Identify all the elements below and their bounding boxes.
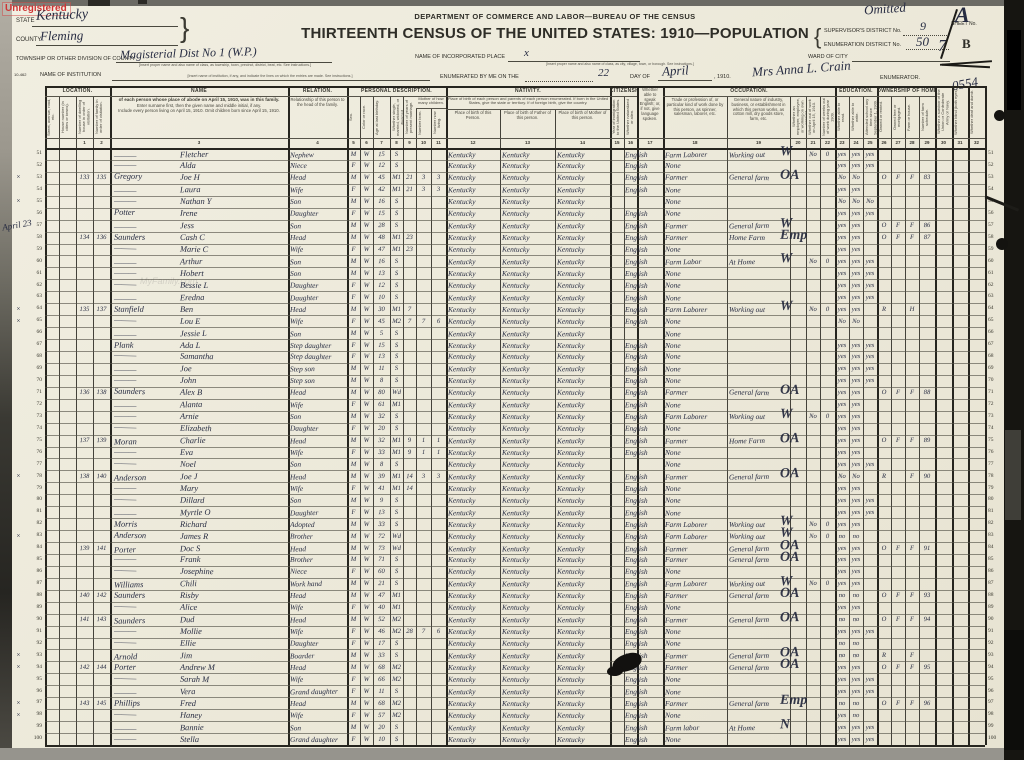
cell-can-read: yes: [835, 399, 849, 411]
given-name: Lou E: [180, 316, 200, 325]
cell-trade: None: [663, 483, 729, 495]
cell-age: 60: [373, 566, 390, 578]
surname: Morris: [114, 518, 180, 529]
cell-relation: Daughter: [288, 506, 349, 519]
cell-color-race: W: [360, 316, 373, 328]
line-number-left: 99: [24, 723, 42, 732]
cell-mother-birthplace: Kentucky: [555, 470, 612, 483]
cell-mother-birthplace: Kentucky: [555, 698, 612, 710]
column-border: [877, 86, 879, 745]
cell-color-race: W: [360, 292, 373, 304]
ditto-dash: ———: [114, 708, 180, 720]
name-head-line: Include every person living on April 15,…: [112, 108, 286, 113]
column-border: [59, 96, 60, 745]
ditto-dash: ———: [114, 278, 180, 290]
cell-farm-or-house: F: [905, 387, 919, 399]
column-border: [891, 96, 892, 745]
cell-speaks-english: English: [623, 506, 667, 519]
cell-marital-status: M1: [390, 184, 403, 196]
cell-speaks-english: English: [623, 614, 667, 627]
cell-color-race: W: [360, 638, 373, 650]
line-number-right: 66: [988, 329, 1004, 338]
given-name: Jim: [180, 651, 192, 660]
cell-attended-school: yes: [863, 674, 877, 686]
group-label-name: NAME: [110, 87, 288, 96]
line-number-right: 52: [988, 162, 1004, 171]
group-label-citizenship-: CITIZENSHIP.: [610, 87, 637, 96]
column-number-weeks-out-of-work: 22: [820, 140, 835, 148]
cell-speaks-english: English: [623, 674, 667, 687]
cell-can-write: yes: [849, 602, 863, 614]
cell-farm-or-house: F: [905, 590, 919, 602]
cell-trade: None: [663, 243, 729, 256]
cell-can-write: yes: [849, 721, 863, 733]
cell-years-married: 7: [403, 316, 416, 328]
given-name: Sarah M: [180, 675, 209, 684]
cell-speaks-english: English: [623, 363, 667, 376]
cell-can-read: No: [835, 172, 849, 184]
given-name: Elizabeth: [180, 424, 212, 433]
cell-years-married: 28: [403, 626, 416, 638]
cell-birthplace: Kentucky: [446, 411, 502, 423]
cell-can-read: yes: [835, 411, 849, 423]
cell-owned-rented: R: [877, 650, 891, 662]
given-name: Jessie L: [180, 328, 207, 338]
cell-marital-status: S: [390, 721, 403, 733]
cell-color-race: W: [360, 483, 373, 495]
given-name: Richard: [180, 520, 207, 529]
cell-attended-school: yes: [863, 626, 877, 638]
line-number-left: 80: [24, 496, 42, 505]
cell-dwelling-number: 142: [76, 662, 93, 674]
column-border: [968, 86, 970, 745]
line-number-right: 71: [988, 389, 1004, 398]
line-number-right: 93: [988, 652, 1004, 661]
line-number-right: 64: [988, 305, 1004, 314]
line-number-right: 77: [988, 461, 1004, 470]
cell-marital-status: S: [390, 375, 403, 387]
cell-mother-birthplace: Kentucky: [555, 363, 612, 376]
cell-mother-birthplace: Kentucky: [555, 423, 612, 436]
cell-color-race: W: [360, 566, 373, 578]
given-name: James R: [180, 531, 208, 540]
ditto-dash: ———: [114, 493, 180, 505]
cell-can-read: yes: [835, 459, 849, 471]
cell-owned-rented: O: [877, 662, 891, 674]
cell-speaks-english: English: [623, 423, 667, 436]
given-name: Vera: [180, 687, 196, 696]
cell-mother-birthplace: Kentucky: [555, 196, 612, 208]
cell-marital-status: M1: [390, 471, 403, 483]
given-name: Joe J: [180, 472, 198, 481]
cell-employer-status: Emp: [780, 230, 820, 246]
line-number-right: 72: [988, 401, 1004, 410]
cell-owned-rented: O: [877, 590, 891, 602]
margin-x-mark: ×: [16, 711, 24, 721]
cell-color-race: W: [360, 614, 373, 626]
line-number-left: 55: [24, 198, 42, 207]
surname: Anderson: [114, 471, 180, 483]
line-number-right: 89: [988, 604, 1004, 613]
surname: Saunders: [114, 386, 180, 398]
cell-marital-status: S: [390, 578, 403, 590]
line-number-right: 70: [988, 377, 1004, 386]
cell-father-birthplace: Kentucky: [500, 733, 557, 745]
cell-can-write: no: [849, 530, 863, 542]
surname: Potter: [114, 207, 180, 219]
cell-attended-school: yes: [863, 459, 877, 471]
line-number-left: 84: [24, 544, 42, 553]
cell-attended-school: yes: [863, 734, 877, 746]
cell-mother-birthplace: Kentucky: [555, 721, 612, 734]
cell-can-read: yes: [835, 602, 849, 614]
cell-years-married: 14: [403, 471, 416, 483]
column-number-color-race: 6: [360, 140, 373, 148]
cell-mother-birthplace: Kentucky: [555, 411, 612, 423]
line-number-right: 79: [988, 485, 1004, 494]
margin-x-mark: ×: [16, 317, 24, 327]
cell-owned-rented: O: [877, 232, 891, 244]
cell-can-read: yes: [835, 268, 849, 280]
cell-birthplace: Kentucky: [446, 638, 502, 651]
cell-age: 68: [373, 698, 390, 710]
cell-farm-schedule: 94: [919, 614, 935, 626]
given-name: Myrtle O: [180, 507, 211, 517]
cell-name: MorrisRichard: [114, 518, 286, 531]
cell-sex: F: [347, 208, 360, 220]
cell-attended-school: yes: [863, 208, 877, 220]
cell-mother-birthplace: Kentucky: [555, 399, 612, 412]
cell-relation: Niece: [288, 160, 349, 172]
cell-employer-status: N: [780, 719, 820, 736]
cell-color-race: W: [360, 650, 373, 662]
cell-birthplace: Kentucky: [446, 519, 502, 531]
column-header-immigration-year: Year of immigration to the United States…: [611, 97, 624, 137]
cell-color-race: W: [360, 184, 373, 196]
line-number-left: 63: [24, 293, 42, 302]
ditto-dash: ———: [114, 733, 180, 744]
cell-relation: Head: [288, 232, 349, 244]
cell-age: 9: [373, 495, 390, 507]
cell-can-read: yes: [835, 256, 849, 268]
cell-attended-school: yes: [863, 495, 877, 507]
ditto-dash: ———: [114, 458, 180, 470]
cell-birthplace: Kentucky: [446, 291, 502, 304]
cell-speaks-english: English: [623, 698, 667, 710]
cell-marital-status: S: [390, 220, 403, 232]
cell-age: 8: [373, 375, 390, 387]
cell-owned-rented: R: [877, 304, 891, 316]
cell-marital-status: M1: [390, 399, 403, 411]
given-name: Mary: [180, 484, 198, 493]
cell-birthplace: Kentucky: [446, 614, 502, 627]
surname: Anderson: [114, 529, 180, 541]
cell-relation: Boarder: [288, 649, 349, 662]
cell-children-born: 7: [416, 626, 431, 638]
cell-father-birthplace: Kentucky: [500, 458, 557, 471]
cell-relation: Son: [288, 494, 349, 507]
cell-can-read: yes: [835, 244, 849, 256]
cell-color-race: W: [360, 340, 373, 352]
cell-father-birthplace: Kentucky: [500, 470, 557, 483]
cell-can-write: yes: [849, 423, 863, 435]
ditto-dash: ———: [114, 637, 180, 649]
ditto-dash: ———: [114, 328, 180, 340]
cell-speaks-english: English: [623, 148, 667, 161]
cell-marital-status: M1: [390, 435, 403, 447]
surname: Porter: [114, 662, 180, 673]
cell-out-of-work: No: [806, 304, 820, 316]
cell-mother-birthplace: Kentucky: [555, 530, 612, 543]
cell-family-number: 139: [93, 435, 110, 447]
cell-age: 20: [373, 423, 390, 435]
cell-children-living: 3: [431, 184, 446, 196]
cell-color-race: W: [360, 232, 373, 244]
line-number-left: 83: [24, 532, 42, 541]
cell-family-number: 141: [93, 542, 110, 554]
cell-relation: Son: [288, 411, 349, 423]
given-name: Nathan Y: [180, 197, 211, 206]
cell-birthplace: Kentucky: [446, 494, 502, 507]
cell-can-write: No: [849, 316, 863, 328]
cell-free-mortgaged: F: [891, 387, 905, 399]
cell-trade: Farmer: [663, 614, 729, 627]
cell-can-read: yes: [835, 208, 849, 220]
cell-employer-status: OA: [780, 384, 820, 401]
cell-can-write: yes: [849, 351, 863, 363]
cell-can-read: yes: [835, 375, 849, 387]
cell-trade: None: [663, 733, 729, 745]
line-number-left: 62: [24, 282, 42, 291]
cell-age: 71: [373, 554, 390, 566]
cell-age: 45: [373, 316, 390, 328]
table-right-border: [985, 86, 987, 745]
cell-color-race: W: [360, 363, 373, 375]
cell-marital-status: M1: [390, 602, 403, 614]
cell-can-write: yes: [849, 495, 863, 507]
cell-color-race: W: [360, 256, 373, 268]
cell-free-mortgaged: F: [891, 542, 905, 554]
column-header-trade: Trade or profession of, or particular ki…: [664, 97, 727, 137]
cell-can-write: yes: [849, 578, 863, 590]
cell-marital-status: M2: [390, 698, 403, 710]
cell-father-birthplace: Kentucky: [500, 268, 557, 280]
cell-sex: M: [347, 375, 360, 387]
cell-trade: Farmer: [663, 219, 729, 232]
cell-marital-status: M1: [390, 447, 403, 459]
cell-years-married: 21: [403, 184, 416, 196]
column-header-family-number: Number of family in order of visitation.: [94, 97, 110, 137]
cell-marital-status: M2: [390, 614, 403, 626]
cell-age: 13: [373, 507, 390, 519]
cell-birthplace: Kentucky: [446, 506, 502, 519]
cell-trade: Farm Laborer: [663, 530, 729, 543]
cell-free-mortgaged: F: [891, 698, 905, 710]
cell-mother-birthplace: Kentucky: [555, 268, 612, 280]
margin-x-mark: ×: [16, 472, 24, 482]
cell-sex: F: [347, 316, 360, 328]
cell-sex: M: [347, 304, 360, 316]
cell-can-read: No: [835, 316, 849, 328]
cell-farm-schedule: 89: [919, 435, 935, 447]
cell-can-write: yes: [849, 554, 863, 566]
column-number-owned-rented: 26: [877, 140, 891, 148]
surname: Saunders: [114, 590, 180, 601]
cell-employer-status: OA: [780, 432, 820, 449]
line-number-right: 53: [988, 174, 1004, 183]
cell-father-birthplace: Kentucky: [500, 494, 557, 507]
cell-attended-school: yes: [863, 363, 877, 375]
cell-color-race: W: [360, 471, 373, 483]
surname: Stanfield: [114, 303, 180, 314]
cell-sex: F: [347, 244, 360, 256]
cell-can-write: yes: [849, 686, 863, 698]
cell-mother-birthplace: Kentucky: [555, 685, 612, 698]
column-header-attended-school: Attended school any time since September…: [864, 97, 877, 137]
cell-marital-status: S: [390, 638, 403, 650]
cell-age: 52: [373, 614, 390, 626]
cell-color-race: W: [360, 423, 373, 435]
given-name: Marie C: [180, 245, 208, 254]
cell-sex: F: [347, 447, 360, 459]
cell-marital-status: S: [390, 507, 403, 519]
given-name: Ada L: [180, 340, 200, 349]
line-number-left: 100: [24, 735, 42, 744]
cell-children-living: 3: [431, 172, 446, 184]
cell-color-race: W: [360, 662, 373, 674]
cell-sex: F: [347, 280, 360, 292]
cell-can-write: yes: [849, 459, 863, 471]
cell-speaks-english: English: [623, 160, 667, 172]
cell-father-birthplace: Kentucky: [500, 638, 557, 651]
cell-dwelling-number: 138: [76, 471, 93, 483]
cell-family-number: 145: [93, 698, 110, 710]
given-name: Risby: [180, 591, 199, 600]
cell-age: 11: [373, 686, 390, 698]
cell-age: 16: [373, 196, 390, 208]
cell-can-read: yes: [835, 232, 849, 244]
line-number-left: 65: [24, 317, 42, 326]
cell-father-birthplace: Kentucky: [500, 435, 557, 448]
cell-color-race: W: [360, 602, 373, 614]
cell-birthplace: Kentucky: [446, 363, 502, 376]
column-header-can-write: Whether able to write.: [850, 97, 863, 137]
cell-speaks-english: English: [623, 519, 667, 531]
cell-sex: M: [347, 495, 360, 507]
cell-owned-rented: O: [877, 614, 891, 626]
column-header-owned-rented: Owned or rented.: [878, 97, 891, 137]
cell-speaks-english: English: [623, 685, 667, 698]
column-header-naturalized: Whether naturalized or alien.: [625, 97, 637, 137]
group-label-personal-description-: PERSONAL DESCRIPTION.: [347, 87, 446, 96]
ditto-dash: ———: [114, 196, 180, 207]
cell-can-read: yes: [835, 447, 849, 459]
cell-children-living: 3: [431, 471, 446, 483]
line-number-right: 65: [988, 317, 1004, 326]
ditto-dash: ———: [114, 722, 180, 734]
cell-marital-status: S: [390, 554, 403, 566]
cell-can-write: yes: [849, 268, 863, 280]
cell-marital-status: S: [390, 148, 403, 160]
cell-mother-birthplace: Kentucky: [555, 279, 612, 292]
cell-age: 61: [373, 399, 390, 411]
line-number-left: 75: [24, 437, 42, 446]
cell-can-write: yes: [849, 363, 863, 375]
cell-dwelling-number: 137: [76, 435, 93, 447]
hole-punch: [996, 238, 1008, 250]
given-name: Fletcher: [180, 149, 209, 159]
line-number-right: 91: [988, 628, 1004, 637]
column-number-naturalized: 16: [624, 140, 637, 148]
cell-relation: Work hand: [288, 578, 349, 591]
cell-trade: None: [663, 184, 729, 197]
cell-birthplace: Kentucky: [446, 220, 502, 233]
given-name: Jess: [180, 221, 194, 230]
cell-birthplace: Kentucky: [446, 685, 502, 698]
line-number-right: 62: [988, 282, 1004, 291]
cell-relation: Brother: [288, 530, 349, 543]
margin-x-mark: ×: [16, 663, 24, 673]
given-name: John: [180, 376, 196, 385]
cell-age: 42: [373, 184, 390, 196]
cell-children-born: 7: [416, 316, 431, 328]
cell-color-race: W: [360, 495, 373, 507]
cell-color-race: W: [360, 435, 373, 447]
cell-trade: None: [663, 327, 729, 340]
cell-relation: Head: [288, 662, 349, 674]
scanned-census-sheet: Unregistered MyFamily.com DEPARTMENT OF …: [0, 0, 1024, 760]
cell-attended-school: yes: [863, 351, 877, 363]
given-name: Haney: [180, 710, 202, 719]
cell-marital-status: S: [390, 686, 403, 698]
cell-marital-status: S: [390, 268, 403, 280]
cell-sex: M: [347, 554, 360, 566]
cell-relation: Son: [288, 255, 349, 268]
cell-color-race: W: [360, 721, 373, 733]
cell-dwelling-number: 134: [76, 232, 93, 244]
column-number-mother-birthplace: 14: [555, 140, 610, 148]
cell-years-married: 7: [403, 304, 416, 316]
cell-father-birthplace: Kentucky: [500, 196, 557, 208]
cell-can-read: yes: [835, 662, 849, 674]
ditto-dash: ———: [114, 375, 180, 386]
cell-speaks-english: English: [623, 411, 667, 423]
cell-marital-status: S: [390, 519, 403, 531]
column-number-name: 3: [110, 140, 288, 148]
cell-mother-birthplace: Kentucky: [555, 375, 612, 387]
cell-color-race: W: [360, 160, 373, 172]
ditto-dash: ———: [114, 350, 180, 362]
cell-marital-status: M2: [390, 710, 403, 722]
cell-trade: Farm Laborer: [663, 578, 729, 591]
cell-trade: None: [663, 279, 729, 292]
line-number-right: 69: [988, 365, 1004, 374]
surname: Phillips: [114, 697, 180, 708]
cell-employer-status: OA: [780, 170, 820, 187]
cell-color-race: W: [360, 590, 373, 602]
cell-relation: Son: [288, 721, 349, 734]
column-header-speaks-english: Whether able to speak English; or, if no…: [638, 87, 663, 137]
cell-years-married: 9: [403, 435, 416, 447]
cell-trade: Farmer: [663, 470, 729, 483]
column-header-blind: Whether blind (both eyes).: [953, 87, 968, 137]
cell-years-married: 14: [403, 483, 416, 495]
column-header-free-mortgaged: Owned free or mortgaged.: [892, 97, 905, 137]
cell-farm-or-house: F: [905, 614, 919, 626]
cell-can-write: yes: [849, 160, 863, 172]
cell-age: 45: [373, 172, 390, 184]
column-header-deaf-dumb: Whether deaf and dumb.: [969, 87, 985, 137]
